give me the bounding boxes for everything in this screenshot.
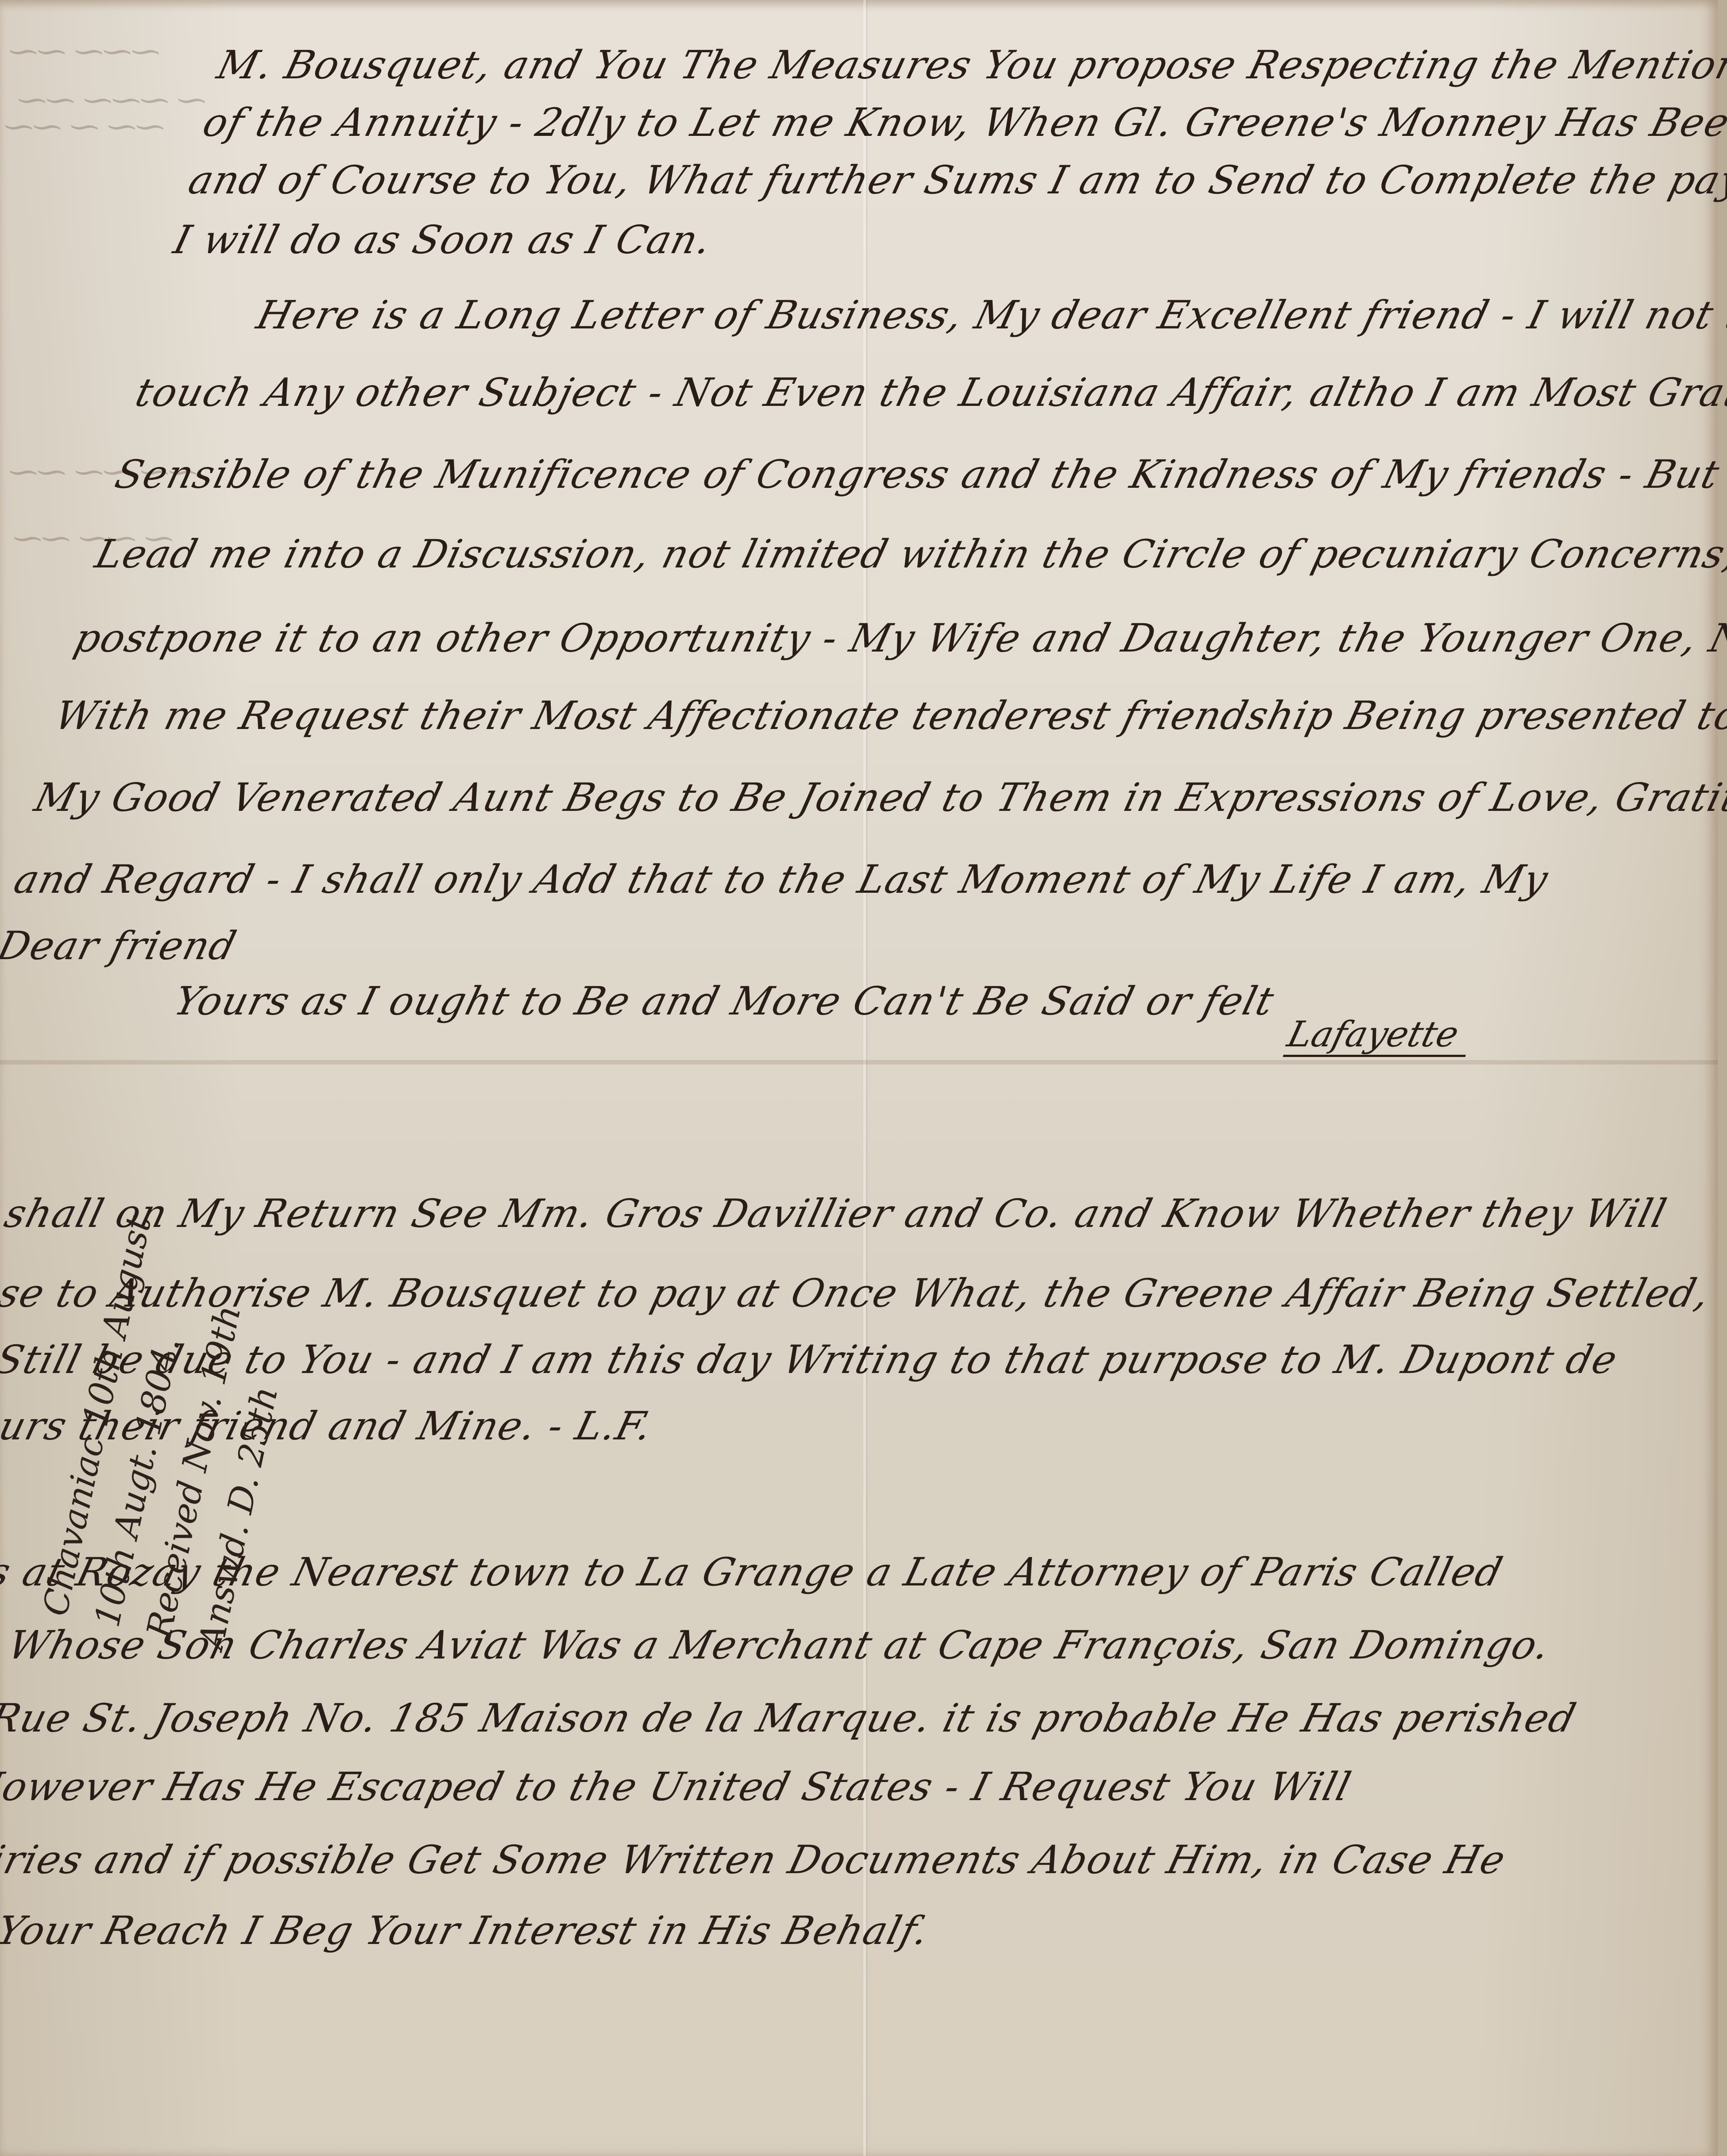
letter-sheet: ⁓⁓⁓ ⁓⁓ ⁓ ⁓⁓⁓ ⁓⁓ ⁓⁓ ⁓ ⁓⁓ ⁓⁓ ⁓⁓ ⁓⁓ ⁓ ⁓⁓ ⁓⁓…	[0, 0, 1718, 2156]
text-line: I will do as Soon as I Can.	[169, 217, 717, 262]
text-line: of the Annuity - 2dly to Let me Know, Wh…	[198, 100, 1727, 145]
text-line: perhaps However Has He Escaped to the Un…	[0, 1764, 1356, 1809]
text-line: Lead me into a Discussion, not limited w…	[91, 531, 1727, 577]
complimentary-close: Yours as I ought to Be and More Can't Be…	[170, 978, 1279, 1024]
signature: Lafayette	[1283, 1014, 1476, 1057]
text-line: Was Within Your Reach I Beg Your Interes…	[0, 1908, 934, 1953]
text-line: and Regard - I shall only Add that to th…	[10, 856, 1553, 902]
text-line: and of Course to You, What further Sums …	[184, 157, 1727, 203]
text-line: touch Any other Subject - Not Even the L…	[131, 370, 1727, 415]
text-line: Dear friend	[0, 923, 241, 968]
text-line: M. Bousquet, and You The Measures You pr…	[213, 42, 1727, 88]
text-line: Make Inquiries and if possible Get Some …	[0, 1837, 1511, 1882]
text-line: Here is a Long Letter of Business, My de…	[252, 292, 1727, 338]
text-line: postpone it to an other Opportunity - My…	[70, 615, 1727, 661]
text-line: He lived Rue St. Joseph No. 185 Maison d…	[0, 1695, 1581, 1741]
bleed-through-text: ⁓⁓ ⁓ ⁓⁓	[0, 111, 170, 143]
horizontal-fold-crease	[0, 1060, 1718, 1065]
bleed-through-text: ⁓⁓⁓ ⁓⁓	[4, 35, 165, 68]
text-line: Sensible of the Munificence of Congress …	[111, 451, 1727, 497]
text-line: With me Request their Most Affectionate …	[50, 693, 1727, 738]
text-line: My Good Venerated Aunt Begs to Be Joined…	[30, 775, 1727, 820]
